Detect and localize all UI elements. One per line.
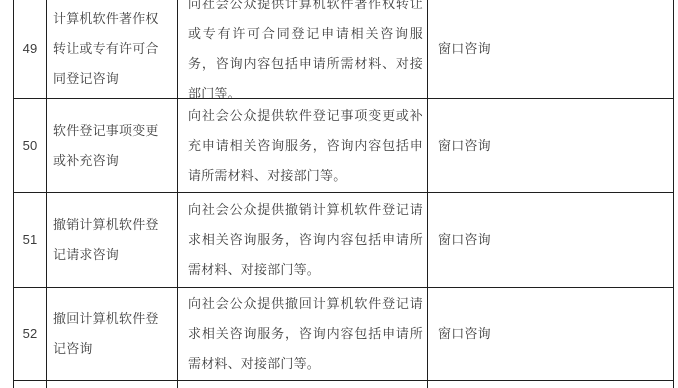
service-name-cell-partial bbox=[47, 381, 178, 388]
service-description-text: 向社会公众提供撤销计算机软件登记请求相关咨询服务，咨询内容包括申请所需材料、对接… bbox=[188, 195, 423, 285]
service-channel-cell: 窗口咨询 bbox=[428, 0, 674, 99]
row-number-cell: 50 bbox=[13, 99, 47, 193]
service-name-cell: 撤销计算机软件登记请求咨询 bbox=[47, 193, 178, 288]
service-channel-cell: 窗口咨询 bbox=[428, 288, 674, 381]
row-number-cell-partial bbox=[13, 381, 47, 388]
row-number-cell: 51 bbox=[13, 193, 47, 288]
service-description-cell: 向社会公众提供软件登记事项变更或补充申请相关咨询服务，咨询内容包括申请所需材料、… bbox=[178, 99, 428, 193]
service-catalog-table: 49 计算机软件著作权转让或专有许可合同登记咨询 向社会公众提供计算机软件著作权… bbox=[13, 0, 674, 388]
service-description-cell: 向社会公众提供撤销计算机软件登记请求相关咨询服务，咨询内容包括申请所需材料、对接… bbox=[178, 193, 428, 288]
service-name-cell: 计算机软件著作权转让或专有许可合同登记咨询 bbox=[47, 0, 178, 99]
service-description-text: 向社会公众提供计算机软件著作权转让或专有许可合同登记申请相关咨询服务，咨询内容包… bbox=[188, 0, 423, 99]
service-channel-cell: 窗口咨询 bbox=[428, 193, 674, 288]
service-description-cell: 向社会公众提供计算机软件著作权转让或专有许可合同登记申请相关咨询服务，咨询内容包… bbox=[178, 0, 428, 99]
service-description-cell: 向社会公众提供撤回计算机软件登记请求相关咨询服务，咨询内容包括申请所需材料、对接… bbox=[178, 288, 428, 381]
service-channel-cell: 窗口咨询 bbox=[428, 99, 674, 193]
row-number-cell: 52 bbox=[13, 288, 47, 381]
service-channel-cell-partial bbox=[428, 381, 674, 388]
service-description-text: 向社会公众提供撤回计算机软件登记请求相关咨询服务，咨询内容包括申请所需材料、对接… bbox=[188, 289, 423, 379]
document-page: 49 计算机软件著作权转让或专有许可合同登记咨询 向社会公众提供计算机软件著作权… bbox=[0, 0, 678, 388]
service-name-cell: 撤回计算机软件登记咨询 bbox=[47, 288, 178, 381]
service-description-cell-partial bbox=[178, 381, 428, 388]
row-number-cell: 49 bbox=[13, 0, 47, 99]
service-description-text: 向社会公众提供软件登记事项变更或补充申请相关咨询服务，咨询内容包括申请所需材料、… bbox=[188, 101, 423, 191]
service-name-cell: 软件登记事项变更或补充咨询 bbox=[47, 99, 178, 193]
